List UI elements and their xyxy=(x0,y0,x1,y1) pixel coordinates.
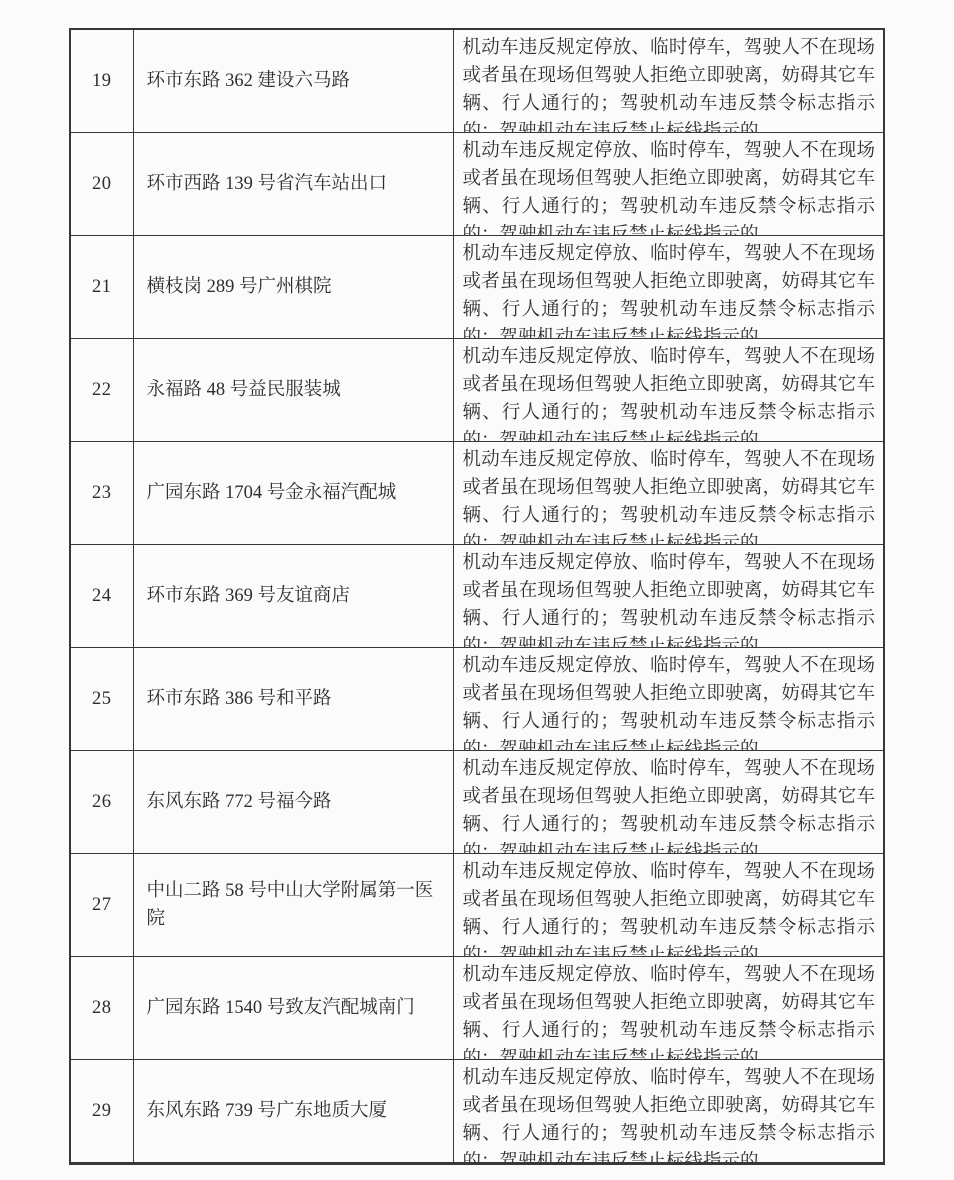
row-number: 21 xyxy=(71,237,133,338)
table-row: 23广园东路 1704 号金永福汽配城机动车违反规定停放、临时停车，驾驶人不在现… xyxy=(70,442,884,545)
row-number: 20 xyxy=(71,134,133,235)
location-text: 环市西路 139 号省汽车站出口 xyxy=(134,134,453,235)
location-cell: 环市西路 139 号省汽车站出口 xyxy=(133,133,453,236)
row-number: 28 xyxy=(71,958,133,1059)
violation-cell: 机动车违反规定停放、临时停车，驾驶人不在现场或者虽在现场但驾驶人拒绝立即驶离，妨… xyxy=(453,29,884,133)
location-text: 环市东路 386 号和平路 xyxy=(134,649,453,750)
row-number-cell: 27 xyxy=(70,854,133,957)
location-cell: 环市东路 386 号和平路 xyxy=(133,648,453,751)
table-row: 20环市西路 139 号省汽车站出口机动车违反规定停放、临时停车，驾驶人不在现场… xyxy=(70,133,884,236)
violation-location-table: 19环市东路 362 建设六马路机动车违反规定停放、临时停车，驾驶人不在现场或者… xyxy=(69,28,885,1165)
row-number-cell: 21 xyxy=(70,236,133,339)
row-number: 24 xyxy=(71,546,133,647)
violation-text: 机动车违反规定停放、临时停车，驾驶人不在现场或者虽在现场但驾驶人拒绝立即驶离，妨… xyxy=(454,443,884,544)
row-number-cell: 19 xyxy=(70,29,133,133)
row-number: 27 xyxy=(71,855,133,956)
violation-text: 机动车违反规定停放、临时停车，驾驶人不在现场或者虽在现场但驾驶人拒绝立即驶离，妨… xyxy=(454,649,884,750)
violation-text: 机动车违反规定停放、临时停车，驾驶人不在现场或者虽在现场但驾驶人拒绝立即驶离，妨… xyxy=(454,546,884,647)
row-number-cell: 20 xyxy=(70,133,133,236)
table-row: 19环市东路 362 建设六马路机动车违反规定停放、临时停车，驾驶人不在现场或者… xyxy=(70,29,884,133)
violation-table-body: 19环市东路 362 建设六马路机动车违反规定停放、临时停车，驾驶人不在现场或者… xyxy=(70,29,884,1164)
location-text: 广园东路 1540 号致友汽配城南门 xyxy=(134,958,453,1059)
row-number-cell: 23 xyxy=(70,442,133,545)
row-number: 23 xyxy=(71,443,133,544)
row-number-cell: 22 xyxy=(70,339,133,442)
violation-cell: 机动车违反规定停放、临时停车，驾驶人不在现场或者虽在现场但驾驶人拒绝立即驶离，妨… xyxy=(453,339,884,442)
location-cell: 环市东路 369 号友谊商店 xyxy=(133,545,453,648)
violation-cell: 机动车违反规定停放、临时停车，驾驶人不在现场或者虽在现场但驾驶人拒绝立即驶离，妨… xyxy=(453,957,884,1060)
row-number-cell: 25 xyxy=(70,648,133,751)
row-number: 22 xyxy=(71,340,133,441)
table-row: 27中山二路 58 号中山大学附属第一医院机动车违反规定停放、临时停车，驾驶人不… xyxy=(70,854,884,957)
violation-cell: 机动车违反规定停放、临时停车，驾驶人不在现场或者虽在现场但驾驶人拒绝立即驶离，妨… xyxy=(453,545,884,648)
violation-cell: 机动车违反规定停放、临时停车，驾驶人不在现场或者虽在现场但驾驶人拒绝立即驶离，妨… xyxy=(453,236,884,339)
table-row: 28广园东路 1540 号致友汽配城南门机动车违反规定停放、临时停车，驾驶人不在… xyxy=(70,957,884,1060)
location-cell: 广园东路 1704 号金永福汽配城 xyxy=(133,442,453,545)
table-row: 29东风东路 739 号广东地质大厦机动车违反规定停放、临时停车，驾驶人不在现场… xyxy=(70,1060,884,1164)
violation-text: 机动车违反规定停放、临时停车，驾驶人不在现场或者虽在现场但驾驶人拒绝立即驶离，妨… xyxy=(454,855,884,956)
violation-cell: 机动车违反规定停放、临时停车，驾驶人不在现场或者虽在现场但驾驶人拒绝立即驶离，妨… xyxy=(453,1060,884,1164)
violation-cell: 机动车违反规定停放、临时停车，驾驶人不在现场或者虽在现场但驾驶人拒绝立即驶离，妨… xyxy=(453,648,884,751)
location-cell: 广园东路 1540 号致友汽配城南门 xyxy=(133,957,453,1060)
location-text: 东风东路 772 号福今路 xyxy=(134,752,453,853)
violation-text: 机动车违反规定停放、临时停车，驾驶人不在现场或者虽在现场但驾驶人拒绝立即驶离，妨… xyxy=(454,958,884,1059)
location-cell: 横枝岗 289 号广州棋院 xyxy=(133,236,453,339)
location-text: 东风东路 739 号广东地质大厦 xyxy=(134,1061,453,1162)
row-number-cell: 28 xyxy=(70,957,133,1060)
table-row: 25环市东路 386 号和平路机动车违反规定停放、临时停车，驾驶人不在现场或者虽… xyxy=(70,648,884,751)
row-number: 25 xyxy=(71,649,133,750)
location-cell: 永福路 48 号益民服装城 xyxy=(133,339,453,442)
location-text: 横枝岗 289 号广州棋院 xyxy=(134,237,453,338)
violation-text: 机动车违反规定停放、临时停车，驾驶人不在现场或者虽在现场但驾驶人拒绝立即驶离，妨… xyxy=(454,340,884,441)
violation-text: 机动车违反规定停放、临时停车，驾驶人不在现场或者虽在现场但驾驶人拒绝立即驶离，妨… xyxy=(454,31,884,132)
violation-text: 机动车违反规定停放、临时停车，驾驶人不在现场或者虽在现场但驾驶人拒绝立即驶离，妨… xyxy=(454,134,884,235)
location-cell: 东风东路 772 号福今路 xyxy=(133,751,453,854)
location-text: 中山二路 58 号中山大学附属第一医院 xyxy=(134,855,453,956)
location-text: 环市东路 369 号友谊商店 xyxy=(134,546,453,647)
row-number-cell: 26 xyxy=(70,751,133,854)
row-number: 19 xyxy=(71,31,133,132)
violation-cell: 机动车违反规定停放、临时停车，驾驶人不在现场或者虽在现场但驾驶人拒绝立即驶离，妨… xyxy=(453,751,884,854)
row-number: 29 xyxy=(71,1061,133,1162)
violation-text: 机动车违反规定停放、临时停车，驾驶人不在现场或者虽在现场但驾驶人拒绝立即驶离，妨… xyxy=(454,237,884,338)
row-number-cell: 24 xyxy=(70,545,133,648)
table-row: 24环市东路 369 号友谊商店机动车违反规定停放、临时停车，驾驶人不在现场或者… xyxy=(70,545,884,648)
violation-cell: 机动车违反规定停放、临时停车，驾驶人不在现场或者虽在现场但驾驶人拒绝立即驶离，妨… xyxy=(453,854,884,957)
table-row: 22永福路 48 号益民服装城机动车违反规定停放、临时停车，驾驶人不在现场或者虽… xyxy=(70,339,884,442)
violation-cell: 机动车违反规定停放、临时停车，驾驶人不在现场或者虽在现场但驾驶人拒绝立即驶离，妨… xyxy=(453,133,884,236)
row-number: 26 xyxy=(71,752,133,853)
table-row: 21横枝岗 289 号广州棋院机动车违反规定停放、临时停车，驾驶人不在现场或者虽… xyxy=(70,236,884,339)
location-text: 永福路 48 号益民服装城 xyxy=(134,340,453,441)
violation-text: 机动车违反规定停放、临时停车，驾驶人不在现场或者虽在现场但驾驶人拒绝立即驶离，妨… xyxy=(454,752,884,853)
location-cell: 中山二路 58 号中山大学附属第一医院 xyxy=(133,854,453,957)
location-cell: 东风东路 739 号广东地质大厦 xyxy=(133,1060,453,1164)
row-number-cell: 29 xyxy=(70,1060,133,1164)
violation-cell: 机动车违反规定停放、临时停车，驾驶人不在现场或者虽在现场但驾驶人拒绝立即驶离，妨… xyxy=(453,442,884,545)
location-cell: 环市东路 362 建设六马路 xyxy=(133,29,453,133)
violation-text: 机动车违反规定停放、临时停车，驾驶人不在现场或者虽在现场但驾驶人拒绝立即驶离，妨… xyxy=(454,1061,884,1162)
location-text: 环市东路 362 建设六马路 xyxy=(134,31,453,132)
location-text: 广园东路 1704 号金永福汽配城 xyxy=(134,443,453,544)
table-row: 26东风东路 772 号福今路机动车违反规定停放、临时停车，驾驶人不在现场或者虽… xyxy=(70,751,884,854)
